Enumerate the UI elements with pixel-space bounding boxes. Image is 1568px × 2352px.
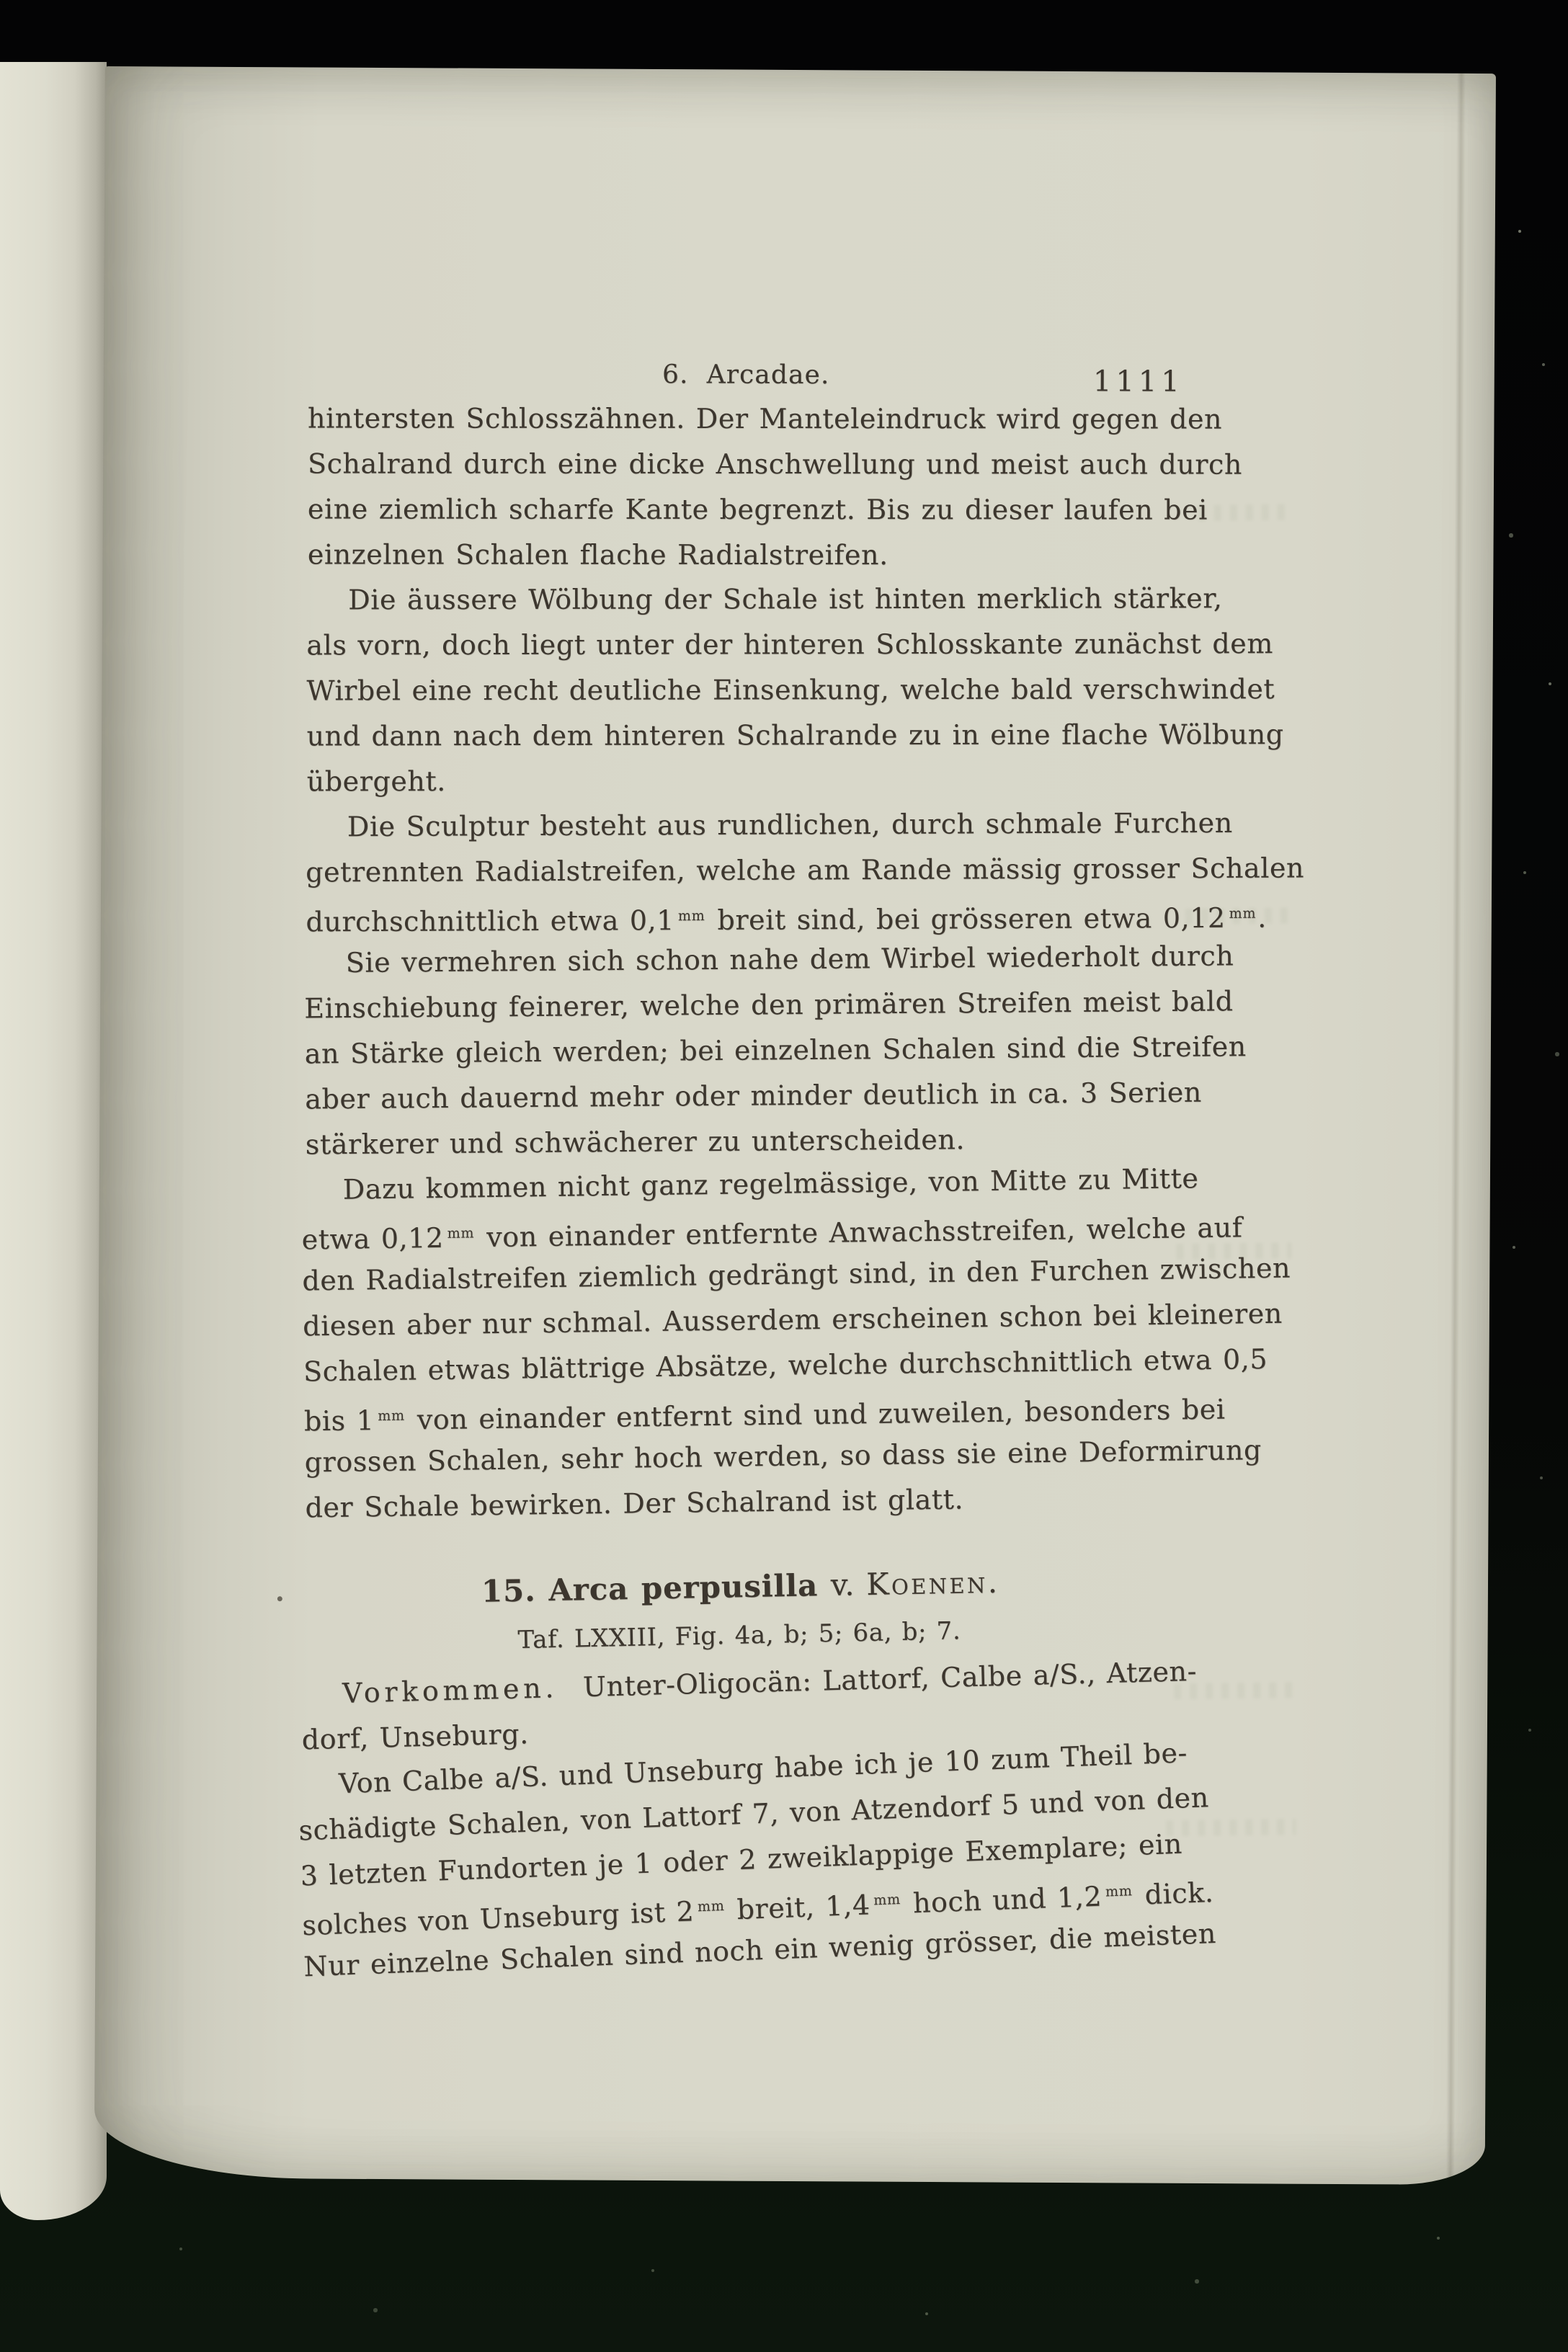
paragraph-sculptur: Die Sculptur besteht aus rundlichen, dur… — [306, 801, 1182, 940]
text-segment: den Radialstreifen ziemlich gedrängt sin… — [302, 1252, 1291, 1297]
text-segment: mm — [873, 1892, 901, 1908]
text-line: Die Sculptur besteht aus rundlichen, dur… — [306, 801, 1181, 850]
text-segment: als vorn, doch liegt unter der hinteren … — [306, 628, 1273, 661]
text-segment: der Schale bewirken. Der Schalrand ist g… — [305, 1483, 963, 1523]
text-segment: Einschiebung feinerer, welche den primär… — [304, 985, 1234, 1024]
text-line: und dann nach dem hinteren Schalrande zu… — [307, 712, 1182, 759]
text-segment: bis 1 — [304, 1404, 375, 1437]
text-segment: Dazu kommen nicht ganz regelmässige, von… — [342, 1162, 1198, 1206]
running-header: 6. Arcadae. 1111 — [308, 354, 1184, 394]
text-segment: mm — [1229, 906, 1257, 922]
text-segment: dick. — [1133, 1876, 1214, 1911]
text-line: eine ziemlich scharfe Kante begrenzt. Bi… — [308, 486, 1183, 533]
section-number: 6. — [662, 360, 689, 389]
text-segment: . — [1257, 902, 1267, 934]
text-segment: 15. Arca perpusilla — [481, 1567, 832, 1609]
paragraph-continuation: hintersten Schlosszähnen. Der Manteleind… — [308, 396, 1183, 578]
text-segment: und dann nach dem hinteren Schalrande zu… — [307, 718, 1284, 752]
text-segment: Die Sculptur besteht aus rundlichen, dur… — [347, 807, 1233, 842]
ink-bleedthrough — [1198, 504, 1292, 521]
text-line: Wirbel eine recht deutliche Einsenkung, … — [306, 667, 1182, 713]
text-segment: Sie vermehren sich schon nahe dem Wirbel… — [346, 940, 1234, 979]
text-segment: Schalrand durch eine dicke Anschwellung … — [308, 447, 1242, 480]
text-segment: Die äussere Wölbung der Schale ist hinte… — [348, 582, 1222, 615]
text-segment: . — [987, 1564, 998, 1600]
text-line: Schalrand durch eine dicke Anschwellung … — [308, 441, 1183, 487]
text-line: als vorn, doch liegt unter der hinteren … — [306, 621, 1182, 668]
text-segment: Vorkommen. — [342, 1672, 558, 1709]
text-segment: mm — [378, 1408, 405, 1424]
text-segment: Wirbel eine recht deutliche Einsenkung, … — [306, 673, 1275, 706]
text-segment: Koenen — [866, 1564, 988, 1602]
text-line: getrennten Radialstreifen, welche am Ran… — [306, 846, 1181, 895]
paragraph-woelbung: Die äussere Wölbung der Schale ist hinte… — [306, 576, 1182, 804]
text-line: hintersten Schlosszähnen. Der Manteleind… — [308, 396, 1183, 442]
text-segment: stärkerer und schwächerer zu unterscheid… — [306, 1123, 966, 1160]
text-line: an Stärke gleich werden; bei einzelnen S… — [305, 1025, 1180, 1077]
text-segment: breit sind, bei grösseren etwa 0,12 — [706, 902, 1225, 936]
text-segment: mm — [678, 908, 705, 924]
text-segment: eine ziemlich scharfe Kante begrenzt. Bi… — [308, 493, 1208, 525]
text-segment: Unter-Oligocän: Lattorf, Calbe a/S., Atz… — [571, 1655, 1197, 1703]
text-segment: breit, 1,4 — [726, 1889, 870, 1925]
text-line: Die äussere Wölbung der Schale ist hinte… — [306, 576, 1182, 623]
text-segment: aber auch dauernd mehr oder minder deutl… — [305, 1077, 1202, 1115]
book-page: 6. Arcadae. 1111 hintersten Schlosszähne… — [94, 66, 1496, 2185]
previous-page-edge — [0, 62, 107, 2220]
scanned-book-photo: { "header": { "section_number": "6.", "s… — [0, 0, 1568, 2352]
text-segment: Taf. LXXIII, Fig. 4a, b; 5; 6a, b; 7. — [517, 1616, 961, 1654]
text-segment: grossen Schalen, sehr hoch werden, so da… — [304, 1434, 1262, 1478]
text-segment: etwa 0,12 — [301, 1222, 444, 1256]
paragraph-material: Von Calbe a/S. und Unseburg habe ich je … — [296, 1731, 1180, 1990]
section-title: Arcadae. — [707, 360, 830, 390]
paragraph-anwachsstreifen: Dazu kommen nicht ganz regelmässige, von… — [300, 1157, 1180, 1531]
print-artifact-dot — [277, 1596, 282, 1601]
text-segment: durchschnittlich etwa 0,1 — [306, 904, 674, 937]
text-segment: hintersten Schlosszähnen. Der Manteleind… — [308, 402, 1222, 435]
text-segment: mm — [698, 1898, 725, 1915]
text-segment: Schalen etwas blättrige Absätze, welche … — [303, 1343, 1268, 1388]
text-segment: getrennten Radialstreifen, welche am Ran… — [306, 852, 1304, 888]
text-segment: hoch und 1,2 — [901, 1881, 1102, 1920]
text-block: 6. Arcadae. 1111 hintersten Schlosszähne… — [300, 352, 1184, 1994]
page-number: 1111 — [1093, 362, 1184, 400]
ink-bleedthrough — [1166, 1819, 1296, 1836]
text-line: durchschnittlich etwa 0,1mm breit sind, … — [306, 891, 1181, 940]
text-line: Sie vermehren sich schon nahe dem Wirbel… — [304, 934, 1180, 986]
text-segment: dorf, Unseburg. — [301, 1718, 529, 1755]
dust-speckles — [0, 0, 1, 1]
text-line: Einschiebung feinerer, welche den primär… — [304, 979, 1180, 1032]
text-segment: mm — [447, 1225, 474, 1241]
text-segment: an Stärke gleich werden; bei einzelnen S… — [305, 1030, 1247, 1069]
text-line: übergeht. — [307, 757, 1182, 804]
text-line: einzelnen Schalen flache Radialstreifen. — [308, 532, 1183, 578]
section-header: 6. Arcadae. — [662, 356, 830, 394]
text-segment: v. — [830, 1567, 866, 1603]
text-segment: einzelnen Schalen flache Radialstreifen. — [308, 538, 888, 571]
text-line: aber auch dauernd mehr oder minder deutl… — [305, 1070, 1180, 1123]
text-segment: übergeht. — [307, 765, 446, 797]
text-segment: diesen aber nur schmal. Ausserdem ersche… — [303, 1298, 1283, 1342]
paragraph-vermehren: Sie vermehren sich schon nahe dem Wirbel… — [304, 934, 1181, 1168]
text-segment: mm — [1105, 1883, 1133, 1899]
